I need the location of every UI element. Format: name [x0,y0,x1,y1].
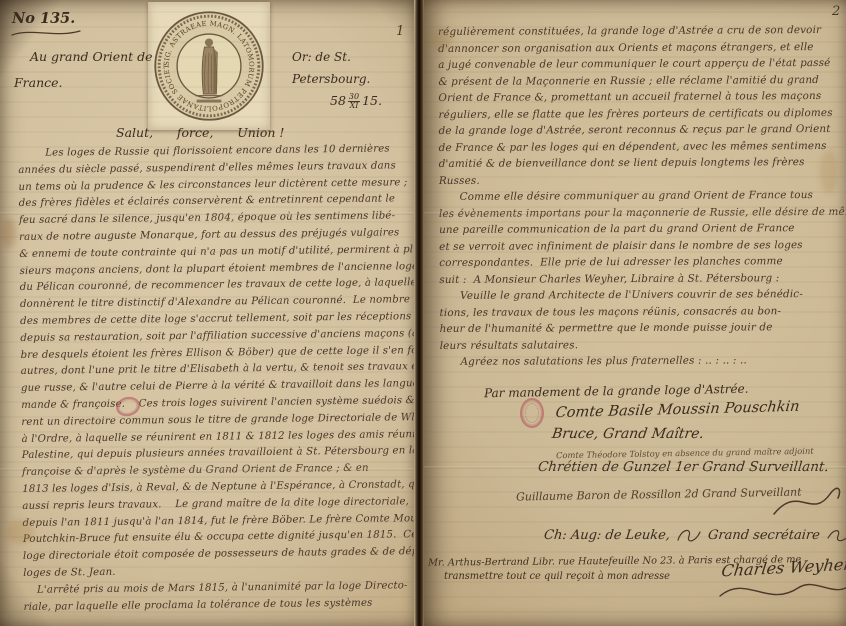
dest-line-1: Au grand Orient de [14,44,153,70]
folio-number: No 135. [12,10,75,27]
secretary-flourish-1 [676,526,702,544]
mandate-line: Par mandement de la grande loge d'Astrée… [484,382,749,401]
manuscript-line: Agréez nos salutations les plus fraterne… [440,352,842,371]
astraea-lodge-seal: SIG. ASTRAEAE MAGN. LATOMORUM PETROPOLIT… [153,10,265,122]
page2-body-text: régulièrement constituées, la grande log… [438,22,842,371]
date-denominator: XI [350,102,359,110]
manuscript-line: d'amitié & de bienveillance dont se lien… [439,154,841,173]
grand-master-signature-line1: Comte Basile Moussin Pouschkin [555,399,801,421]
page-2: 2 régulièrement constituées, la grande l… [424,0,846,626]
dest-line-2: France. [14,70,153,96]
weyher-signature-flourish [716,578,846,604]
stamp-inner-ring [525,403,539,423]
manuscript-line: d'annoncer son organisation aux Orients … [438,38,840,57]
page1-body-text: Les loges de Russie qui florissoient enc… [18,141,418,616]
manuscript-line: régulièrement constituées, la grande log… [438,22,840,41]
address-block-right: Or: de St. Petersbourg. 5830XI15. [292,46,416,112]
seal-paper-patch: SIG. ASTRAEAE MAGN. LATOMORUM PETROPOLIT… [148,2,270,130]
address-block-left: Au grand Orient de France. [14,44,153,96]
manuscript-scan: No 135. 1 SIG. ASTRAEAE MAGN. LATOMORUM … [0,0,846,626]
secretary-flourish-2 [826,526,846,544]
first-warden-signature: Chrétien de Gunzel 1er Grand Surveillant… [537,459,829,475]
stain [0,218,16,248]
orient-line: Or: de St. Petersbourg. [292,46,416,90]
manuscript-line: Orient de France &, promettant un accuei… [438,88,840,107]
manuscript-line: une pareille communication de la part du… [439,220,841,239]
grand-master-signature-line2: Bruce, Grand Maître. [551,426,705,442]
manuscript-line: & présent de la Maçonnerie en Russie ; e… [438,71,840,90]
date-line: 5830XI15. [330,90,416,112]
date-fraction: 30XI [348,93,360,111]
second-warden-flourish [772,476,844,522]
secretary-name: Ch: Aug: de Leuke, [543,528,671,543]
page-number: 1 [396,24,404,39]
date-suffix: 15. [362,93,382,108]
secretary-title: Grand secrétaire [707,528,820,543]
manuscript-line: de France & par les loges qui en dépende… [439,137,841,156]
manuscript-line: Comme elle désire communiquer au grand O… [439,187,841,206]
seal-engraver-line [197,100,222,103]
manuscript-line: a jugé convenable de leur communiquer le… [438,55,840,74]
manuscript-line: de la grande loge d'Astrée, seront recon… [439,121,841,140]
page-number: 2 [832,4,840,19]
folio-underline-flourish [10,27,82,39]
page-gutter-shadow [414,0,424,626]
manuscript-line: Russes. [439,170,841,189]
date-prefix: 58 [330,93,346,108]
red-oval-stamp-page2 [520,398,544,428]
second-warden-signature: Guillaume Baron de Rossillon 2d Grand Su… [516,486,802,504]
manuscript-line: réguliers, elle se flatte que les frères… [438,104,840,123]
forwarding-note-line2: transmettre tout ce quil reçoit à mon ad… [444,571,670,582]
manuscript-line: correspondantes. Elle prie de lui adress… [439,253,841,272]
secretary-signature-row: Ch: Aug: de Leuke, Grand secrétaire [544,526,846,544]
salutation: Salut, force, Union ! [116,125,284,140]
page-1: No 135. 1 SIG. ASTRAEAE MAGN. LATOMORUM … [0,0,416,626]
manuscript-line: Veuille le grand Architecte de l'Univers… [439,286,841,305]
